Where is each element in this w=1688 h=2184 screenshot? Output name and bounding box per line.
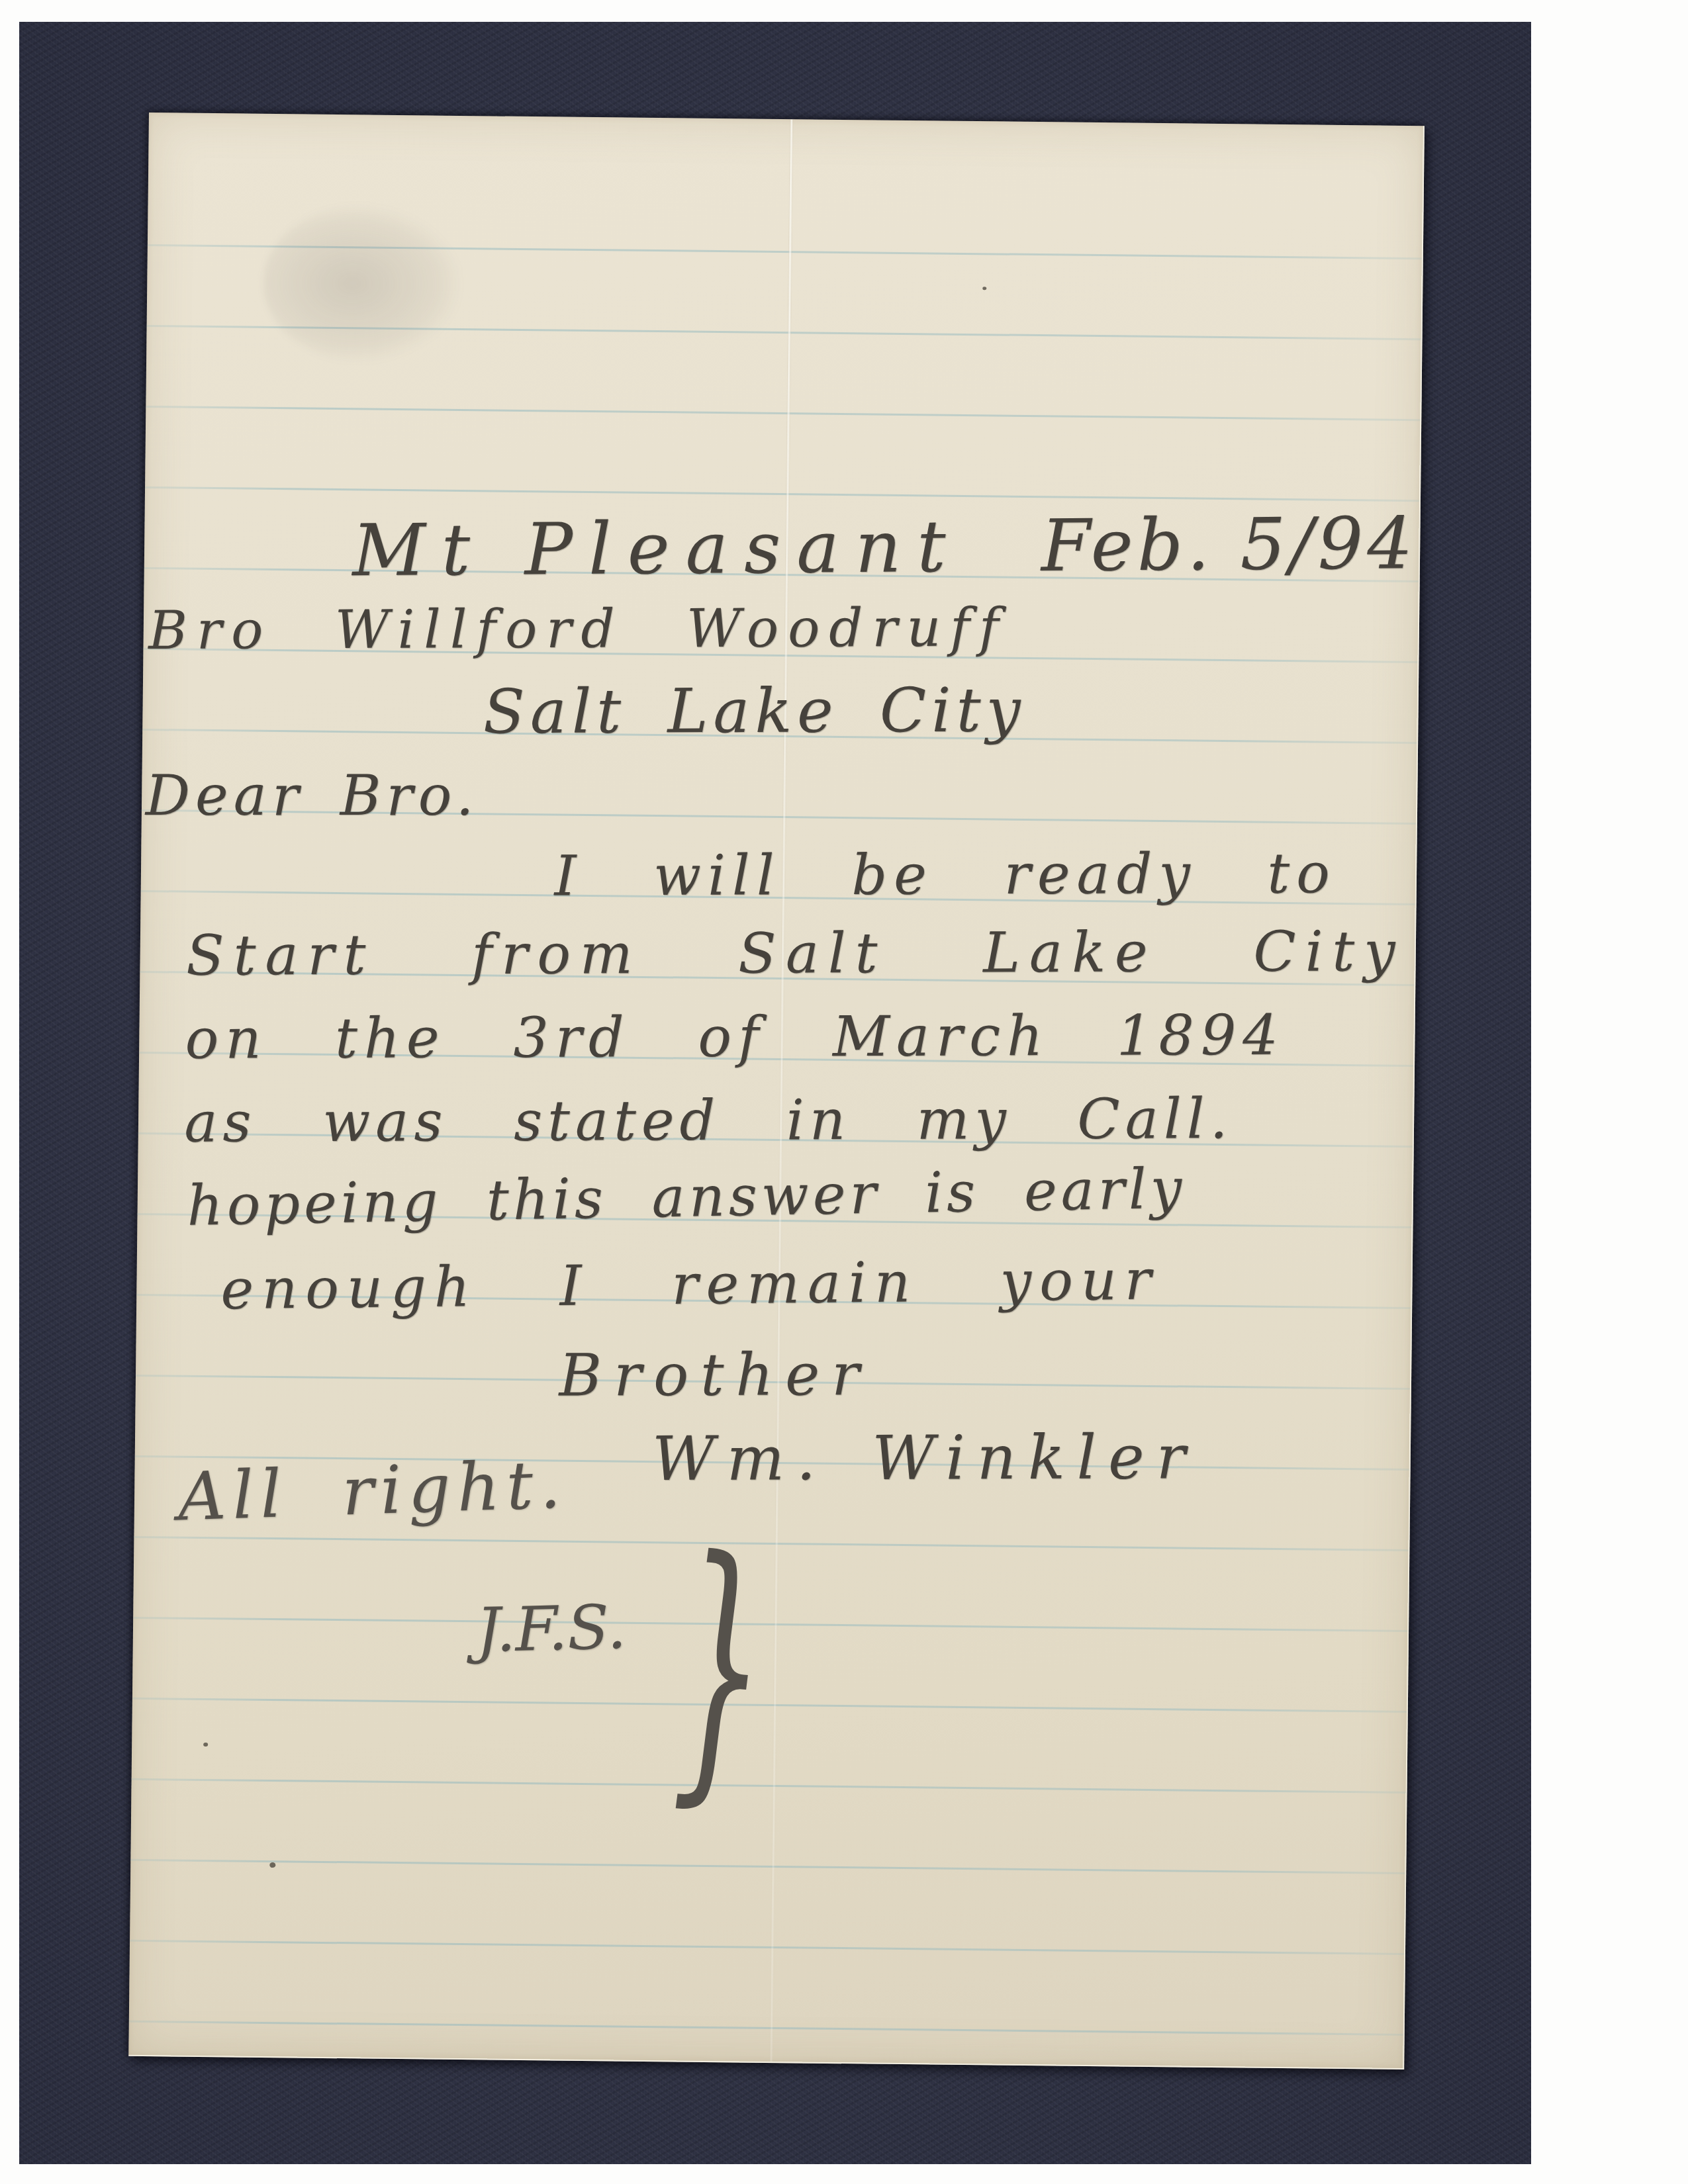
heading-date: Feb. 5/94 xyxy=(1041,502,1417,588)
annotation-initials: J.F.S. xyxy=(475,1597,627,1662)
ruled-line xyxy=(133,1617,1407,1632)
recipient-city-line: Salt Lake City xyxy=(483,680,1026,743)
ruled-line xyxy=(130,1940,1404,1955)
ink-smudge xyxy=(262,203,462,364)
body-line: enough I remain your xyxy=(220,1251,1159,1317)
ruled-line xyxy=(146,406,1420,421)
ruled-line xyxy=(134,1536,1408,1551)
body-line: as was stated in my Call. xyxy=(184,1091,1233,1150)
body-line: on the 3rd of March 1894 xyxy=(185,1007,1285,1067)
body-line: Start from Salt Lake City xyxy=(186,923,1405,983)
ruled-line xyxy=(132,1778,1406,1794)
body-line: I will be ready to xyxy=(554,845,1336,903)
heading-place: Mt Pleasant xyxy=(352,506,962,592)
ruled-line xyxy=(130,1859,1405,1874)
paper-speck xyxy=(203,1743,208,1747)
ruled-line xyxy=(145,486,1419,502)
closing-line: Brother xyxy=(559,1345,871,1405)
paper-speck xyxy=(982,287,986,290)
salutation-line: Dear Bro. xyxy=(146,768,479,823)
recipient-line: Bro Willford Woodruff xyxy=(148,602,1008,658)
paper-speck xyxy=(269,1862,275,1868)
ruled-line xyxy=(132,1698,1407,1713)
signature-line: Wm. Winkler xyxy=(652,1427,1197,1490)
heading-line: Mt PleasantFeb. 5/94 xyxy=(352,508,1417,587)
ruled-line xyxy=(129,2021,1403,2036)
scan-page: Mt PleasantFeb. 5/94 Bro Willford Woodru… xyxy=(0,0,1688,2184)
letter-paper: Mt PleasantFeb. 5/94 Bro Willford Woodru… xyxy=(128,113,1425,2070)
annotation-brace: } xyxy=(671,1522,769,1813)
mat-board: Mt PleasantFeb. 5/94 Bro Willford Woodru… xyxy=(19,22,1531,2164)
annotation-line: All right. xyxy=(177,1451,568,1530)
body-line: hopeing this answer is early xyxy=(187,1160,1186,1233)
